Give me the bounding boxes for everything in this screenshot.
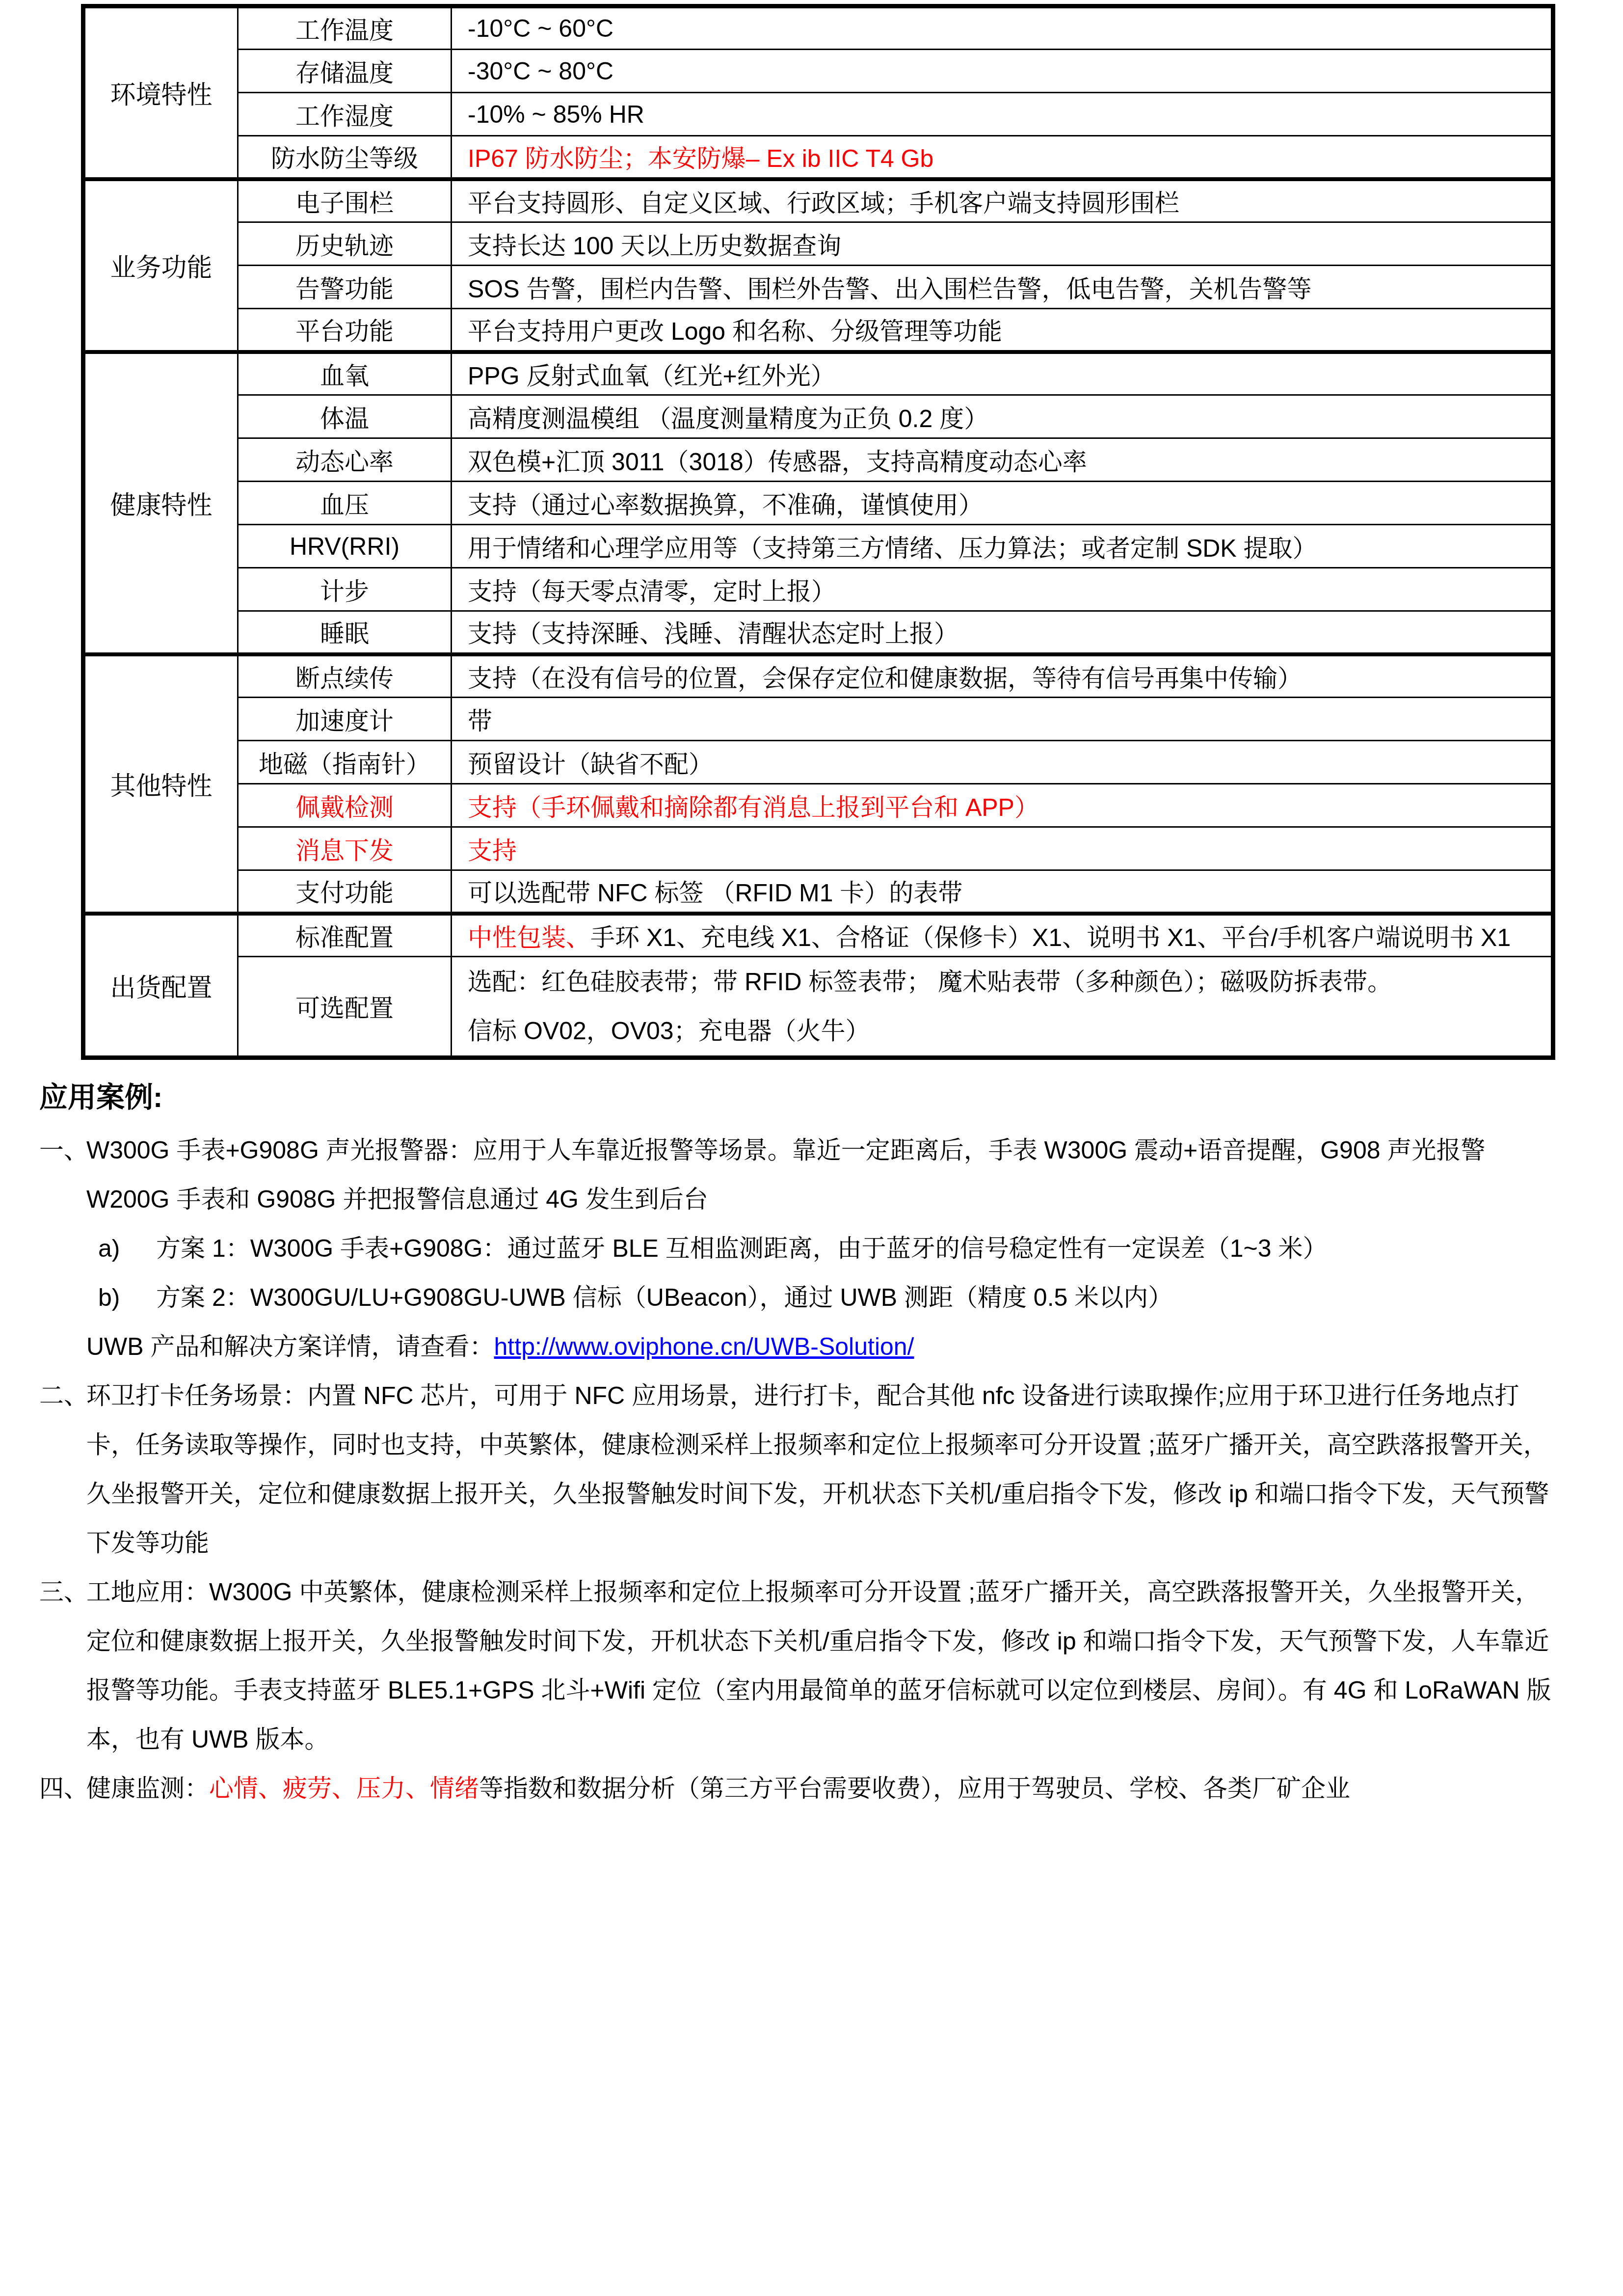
table-row: 出货配置 标准配置 中性包装、手环 X1、充电线 X1、合格证（保修卡）X1、说… — [83, 914, 1553, 957]
spec-value: 可以选配带 NFC 标签 （RFID M1 卡）的表带 — [468, 873, 1546, 909]
case-item-1: 一、 W300G 手表+G908G 声光报警器：应用于人车靠近报警等场景。靠近一… — [39, 1126, 1554, 1371]
spec-value: 带 — [468, 702, 1546, 737]
spec-value: 中性包装、手环 X1、充电线 X1、合格证（保修卡）X1、说明书 X1、平台/手… — [468, 918, 1546, 953]
section-shipping: 出货配置 标准配置 中性包装、手环 X1、充电线 X1、合格证（保修卡）X1、说… — [83, 914, 1553, 1058]
table-row: 体温 高精度测温模组 （温度测量精度为正负 0.2 度） — [83, 395, 1553, 438]
spec-label: 平台功能 — [238, 309, 452, 352]
spec-label: 体温 — [238, 395, 452, 438]
spec-table: 环境特性 工作温度 -10°C ~ 60°C 存储温度 -30°C ~ 80°C… — [81, 4, 1555, 1060]
spec-value-line: 选配：红色硅胶表带；带 RFID 标签表带； 魔术贴表带（多种颜色）；磁吸防拆表… — [468, 957, 1546, 1006]
section-other: 其他特性 断点续传 支持（在没有信号的位置，会保存定位和健康数据，等待有信号再集… — [83, 654, 1553, 914]
spec-value: 高精度测温模组 （温度测量精度为正负 0.2 度） — [468, 399, 1546, 434]
table-row: 工作湿度 -10% ~ 85% HR — [83, 93, 1553, 136]
table-row: 计步 支持（每天零点清零，定时上报） — [83, 568, 1553, 611]
table-row: 支付功能 可以选配带 NFC 标签 （RFID M1 卡）的表带 — [83, 870, 1553, 914]
case-text-suffix: 等指数和数据分析（第三方平台需要收费），应用于驾驶员、学校、各类厂矿企业 — [479, 1775, 1350, 1802]
spec-value: SOS 告警，围栏内告警、围栏外告警、出入围栏告警，低电告警，关机告警等 — [468, 270, 1546, 305]
spec-value: 支持（在没有信号的位置，会保存定位和健康数据，等待有信号再集中传输） — [468, 659, 1546, 694]
spec-category: 出货配置 — [83, 914, 238, 1058]
spec-label: 血压 — [238, 482, 452, 525]
spec-label: 加速度计 — [238, 698, 452, 741]
spec-value: 平台支持圆形、自定义区域、行政区域；手机客户端支持圆形围栏 — [468, 184, 1546, 219]
spec-label: 电子围栏 — [238, 179, 452, 222]
spec-value: 支持（通过心率数据换算，不准确，谨慎使用） — [468, 486, 1546, 521]
spec-category: 业务功能 — [83, 179, 238, 352]
spec-category: 健康特性 — [83, 352, 238, 654]
case-text-highlight: 心情、疲劳、压力、情绪 — [209, 1775, 479, 1802]
spec-value-highlight-part: 中性包装、 — [468, 924, 590, 951]
table-row: 环境特性 工作温度 -10°C ~ 60°C — [83, 6, 1553, 50]
spec-label: 存储温度 — [238, 50, 452, 93]
table-row: 防水防尘等级 IP67 防水防尘；本安防爆– Ex ib IIC T4 Gb — [83, 136, 1553, 179]
table-row: 血压 支持（通过心率数据换算，不准确，谨慎使用） — [83, 482, 1553, 525]
spec-label: 历史轨迹 — [238, 222, 452, 266]
spec-category: 环境特性 — [83, 6, 238, 179]
spec-value: 支持（每天零点清零，定时上报） — [468, 572, 1546, 607]
spec-value-highlighted: IP67 防水防尘；本安防爆– Ex ib IIC T4 Gb — [468, 139, 1546, 174]
case-number: 三、 — [39, 1567, 86, 1764]
spec-label: 标准配置 — [238, 914, 452, 957]
table-row: 告警功能 SOS 告警，围栏内告警、围栏外告警、出入围栏告警，低电告警，关机告警… — [83, 266, 1553, 309]
table-row: 消息下发 支持 — [83, 827, 1553, 870]
subitem-label: a) — [98, 1224, 156, 1273]
table-row: 佩戴检测 支持（手环佩戴和摘除都有消息上报到平台和 APP） — [83, 784, 1553, 827]
spec-label: 可选配置 — [238, 957, 452, 1058]
spec-value: 支持长达 100 天以上历史数据查询 — [468, 226, 1546, 262]
spec-label: 睡眠 — [238, 611, 452, 654]
subitem-text: 方案 1：W300G 手表+G908G：通过蓝牙 BLE 互相监测距离，由于蓝牙… — [156, 1224, 1554, 1273]
table-row: 历史轨迹 支持长达 100 天以上历史数据查询 — [83, 222, 1553, 266]
spec-value: 预留设计（缺省不配） — [468, 745, 1546, 780]
case-subitem-b: b) 方案 2：W300GU/LU+G908GU-UWB 信标（UBeacon）… — [98, 1273, 1554, 1322]
spec-value-line: 信标 OV02，OV03；充电器（火牛） — [468, 1006, 1546, 1055]
spec-label: 防水防尘等级 — [238, 136, 452, 179]
case-item-3: 三、 工地应用：W300G 中英繁体，健康检测采样上报频率和定位上报频率可分开设… — [39, 1567, 1554, 1764]
spec-value: -10°C ~ 60°C — [468, 14, 1546, 43]
case-text: W300G 手表+G908G 声光报警器：应用于人车靠近报警等场景。靠近一定距离… — [86, 1126, 1554, 1224]
table-row: 其他特性 断点续传 支持（在没有信号的位置，会保存定位和健康数据，等待有信号再集… — [83, 654, 1553, 698]
spec-label: 动态心率 — [238, 438, 452, 482]
uwb-info-prefix: UWB 产品和解决方案详情，请查看： — [86, 1333, 494, 1360]
case-text-prefix: 健康监测： — [86, 1775, 209, 1802]
table-row: 业务功能 电子围栏 平台支持圆形、自定义区域、行政区域；手机客户端支持圆形围栏 — [83, 179, 1553, 222]
spec-value-highlighted: 支持（手环佩戴和摘除都有消息上报到平台和 APP） — [468, 788, 1546, 823]
uwb-solution-link[interactable]: http://www.oviphone.cn/UWB-Solution/ — [494, 1333, 914, 1360]
case-text: 工地应用：W300G 中英繁体，健康检测采样上报频率和定位上报频率可分开设置 ;… — [86, 1567, 1554, 1764]
case-subitem-a: a) 方案 1：W300G 手表+G908G：通过蓝牙 BLE 互相监测距离，由… — [98, 1224, 1554, 1273]
spec-value-part: 手环 X1、充电线 X1、合格证（保修卡）X1、说明书 X1、平台/手机客户端说… — [590, 924, 1511, 951]
spec-label: 计步 — [238, 568, 452, 611]
case-item-4: 四、 健康监测：心情、疲劳、压力、情绪等指数和数据分析（第三方平台需要收费），应… — [39, 1764, 1554, 1813]
application-cases: 应用案例: 一、 W300G 手表+G908G 声光报警器：应用于人车靠近报警等… — [39, 1077, 1554, 1813]
case-number: 四、 — [39, 1764, 86, 1813]
table-row: 加速度计 带 — [83, 698, 1553, 741]
spec-value: -30°C ~ 80°C — [468, 57, 1546, 85]
case-number: 二、 — [39, 1371, 86, 1567]
case-item-2: 二、 环卫打卡任务场景：内置 NFC 芯片，可用于 NFC 应用场景，进行打卡，… — [39, 1371, 1554, 1567]
section-environment: 环境特性 工作温度 -10°C ~ 60°C 存储温度 -30°C ~ 80°C… — [83, 6, 1553, 179]
spec-label-highlighted: 消息下发 — [238, 827, 452, 870]
spec-value-highlighted: 支持 — [468, 831, 1546, 866]
spec-label: 地磁（指南针） — [238, 741, 452, 784]
spec-label: 血氧 — [238, 352, 452, 395]
table-row: 可选配置 选配：红色硅胶表带；带 RFID 标签表带； 魔术贴表带（多种颜色）；… — [83, 957, 1553, 1058]
table-row: 存储温度 -30°C ~ 80°C — [83, 50, 1553, 93]
table-row: 动态心率 双色模+汇顶 3011（3018）传感器，支持高精度动态心率 — [83, 438, 1553, 482]
case-text: 环卫打卡任务场景：内置 NFC 芯片，可用于 NFC 应用场景，进行打卡，配合其… — [86, 1371, 1554, 1567]
spec-label-highlighted: 佩戴检测 — [238, 784, 452, 827]
spec-value: 平台支持用户更改 Logo 和名称、分级管理等功能 — [468, 312, 1546, 347]
spec-value: 用于情绪和心理学应用等（支持第三方情绪、压力算法；或者定制 SDK 提取） — [468, 529, 1546, 564]
spec-label: 支付功能 — [238, 870, 452, 914]
table-row: 健康特性 血氧 PPG 反射式血氧（红光+红外光） — [83, 352, 1553, 395]
uwb-info-line: UWB 产品和解决方案详情，请查看：http://www.oviphone.cn… — [86, 1322, 1554, 1371]
spec-label: 工作湿度 — [238, 93, 452, 136]
table-row: 睡眠 支持（支持深睡、浅睡、清醒状态定时上报） — [83, 611, 1553, 654]
case-number: 一、 — [39, 1126, 86, 1371]
spec-value: 双色模+汇顶 3011（3018）传感器，支持高精度动态心率 — [468, 442, 1546, 478]
table-row: 地磁（指南针） 预留设计（缺省不配） — [83, 741, 1553, 784]
spec-category: 其他特性 — [83, 654, 238, 914]
subitem-text: 方案 2：W300GU/LU+G908GU-UWB 信标（UBeacon），通过… — [156, 1273, 1554, 1322]
spec-value: PPG 反射式血氧（红光+红外光） — [468, 356, 1546, 392]
table-row: 平台功能 平台支持用户更改 Logo 和名称、分级管理等功能 — [83, 309, 1553, 352]
spec-label: 告警功能 — [238, 266, 452, 309]
subitem-label: b) — [98, 1273, 156, 1322]
spec-value: 支持（支持深睡、浅睡、清醒状态定时上报） — [468, 614, 1546, 649]
section-business: 业务功能 电子围栏 平台支持圆形、自定义区域、行政区域；手机客户端支持圆形围栏 … — [83, 179, 1553, 352]
spec-value: -10% ~ 85% HR — [468, 100, 1546, 129]
spec-label: 工作温度 — [238, 6, 452, 50]
table-row: HRV(RRI) 用于情绪和心理学应用等（支持第三方情绪、压力算法；或者定制 S… — [83, 525, 1553, 568]
section-health: 健康特性 血氧 PPG 反射式血氧（红光+红外光） 体温 高精度测温模组 （温度… — [83, 352, 1553, 654]
cases-heading: 应用案例: — [39, 1077, 1554, 1119]
spec-label: HRV(RRI) — [238, 525, 452, 568]
spec-label: 断点续传 — [238, 654, 452, 698]
